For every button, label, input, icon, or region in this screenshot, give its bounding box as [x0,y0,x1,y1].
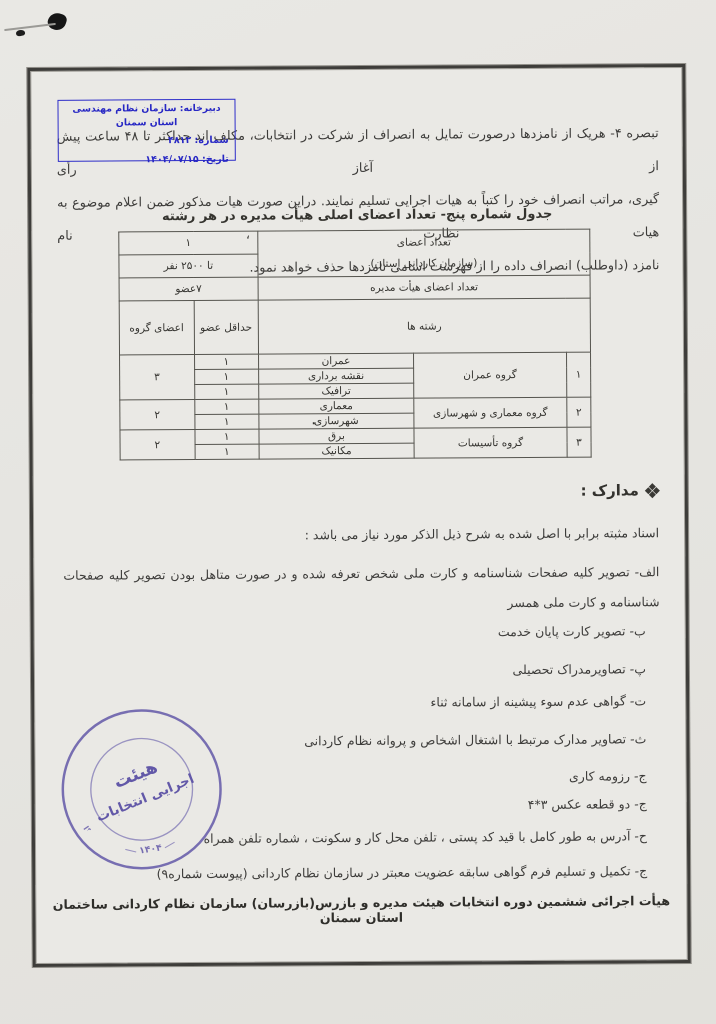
doc-item: ب- تصویر کارت پایان خدمت [64,616,646,650]
field-min-cell: ۱ [195,444,259,459]
field-name-cell: معماری [259,398,414,414]
docs-section-heading: مدارک : [580,481,658,499]
field-min-cell: ۱ [194,384,258,399]
group-members-cell: ۲ [120,430,195,460]
field-name-cell: شهرسازی. [259,413,414,429]
docs-heading-label: مدارک : [580,481,638,499]
group-no-cell: ۲ [567,397,591,427]
footer-signature: هیأت اجرائی ششمین دوره انتخابات هیئت مدی… [35,893,687,927]
scan-artifact-scratch [4,23,56,31]
field-name-cell: نقشه برداری [259,368,414,384]
stray-dot-artifact: . [312,415,316,427]
members-value-bottom-cell: تا ۲۵۰۰ نفر [119,254,258,278]
group-members-header-cell: اعضای گروه [119,301,194,355]
doc-item: پ- تصاویرمدراک تحصیلی [64,654,646,688]
field-min-cell: ۱ [194,429,258,444]
field-min-cell: ۱ [194,414,258,429]
field-name-cell: مکانیک [259,443,414,459]
group-name-cell: گروه معماری و شهرسازی [414,397,567,428]
min-member-header-cell: حداقل عضو [194,300,259,354]
board-value-cell: ۷عضو [119,277,258,301]
doc-item: الف- تصویر کلیه صفحات شناسنامه و کارت مل… [63,557,659,621]
group-no-cell: ۱ [566,352,590,397]
members-value-top-cell: ۱ [119,231,258,255]
members-label-line1: تعداد اعضای [261,231,586,254]
group-no-cell: ۳ [567,427,591,457]
members-label-cell: تعداد اعضای (سازمان کاردانی استان) [258,229,590,277]
field-name-cell: برق [259,428,414,444]
group-members-cell: ۳ [120,355,195,400]
field-min-cell: ۱ [194,369,258,384]
table-row: ۳ گروه تأسیسات برق ۱ ۲ [120,427,591,445]
field-name-cell: ترافیک [259,383,414,399]
stamp-number-line: شماره: ۴۸۱۲ [65,130,229,153]
election-round-stamp: انتخابات الکترونیکی اعضای هیات مدیره و ب… [58,704,225,875]
stamp-org-line: دبیرخانه: سازمان نظام مهندسی استان سمنان [64,102,228,131]
board-label-cell: تعداد اعضای هیأت مدیره [258,275,590,300]
field-min-cell: ۱ [194,354,258,369]
four-diamond-bullet-icon [646,484,659,497]
scan-artifact-blob [46,11,68,33]
members-table: تعداد اعضای (سازمان کاردانی استان) ۱ تا … [118,229,591,461]
table-row: ۱ گروه عمران عمران ۱ ۳ [120,352,591,370]
table-row: ۲ گروه معماری و شهرسازی معماری ۱ ۲ [120,397,591,415]
secretariat-stamp: دبیرخانه: سازمان نظام مهندسی استان سمنان… [57,99,235,162]
fields-header-cell: رشته ها [258,298,590,354]
docs-intro: اسناد مثبته برابر با اصل شده به شرح ذیل … [63,525,659,544]
group-members-cell: ۲ [120,400,195,430]
members-label-line2: (سازمان کاردانی استان) [261,252,586,275]
group-name-cell: گروه تأسیسات [414,427,567,458]
page-frame: دبیرخانه: سازمان نظام مهندسی استان سمنان… [27,64,690,967]
field-name-cell: عمران [258,353,413,369]
field-name-text: شهرسازی [314,415,359,427]
scanned-document-page: دبیرخانه: سازمان نظام مهندسی استان سمنان… [0,0,716,1024]
stamp-date-line: تاریخ: ۱۴۰۴/۰۷/۱۵ [65,152,229,169]
stamp-year: ۱۴۰۴ [138,842,162,856]
scan-artifact-speck [15,29,25,37]
field-min-cell: ۱ [194,399,258,414]
group-name-cell: گروه عمران [413,352,566,398]
